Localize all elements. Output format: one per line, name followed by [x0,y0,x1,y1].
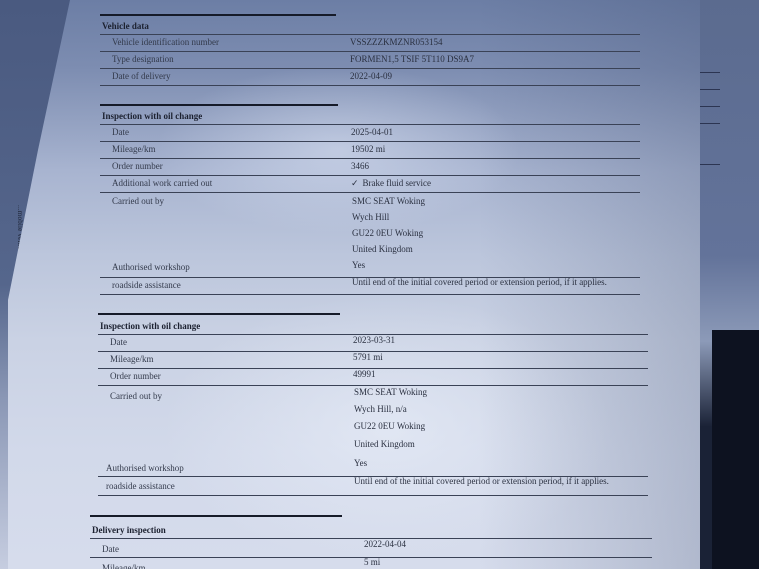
row-value: Yes [354,458,367,468]
row-value: Until end of the initial covered period … [354,476,609,486]
section-rule [100,104,338,106]
table-row: Carried out by SMC SEAT Woking Wych Hill… [98,387,648,459]
address-line: GU22 0EU Woking [352,228,423,238]
table-row: Date of delivery 2022-04-09 [100,69,640,86]
address-line: GU22 0EU Woking [354,421,425,431]
row-label: Date [110,337,127,347]
address-line: United Kingdom [352,244,413,254]
page-edge-tick [700,89,720,90]
row-label: roadside assistance [112,280,181,290]
row-value: 2025-04-01 [351,127,393,137]
dark-background [712,330,759,569]
section-inspection-2025: Inspection with oil change Date 2025-04-… [100,104,640,294]
row-value: 2022-04-09 [350,71,392,81]
table-row: Date 2025-04-01 [100,125,640,142]
table-row: Mileage/km 5 mi [90,558,652,569]
row-label: Order number [110,371,161,381]
address-line: SMC SEAT Woking [352,196,425,206]
table-row: Order number 3466 [100,159,640,176]
address-line: Wych Hill, n/a [354,404,407,414]
row-label: Vehicle identification number [112,37,219,47]
row-value: FORMEN1,5 TSIF 5T110 DS9A7 [350,54,474,64]
row-label: Carried out by [110,391,162,401]
row-value: 19502 mi [351,144,385,154]
row-value: ✓Brake fluid service [351,178,431,189]
address-line: SMC SEAT Woking [354,387,427,397]
table-row: roadside assistance Until end of the ini… [100,278,640,295]
table-row: Vehicle identification number VSSZZZKMZN… [100,35,640,52]
table-row: Date 2022-04-04 [90,539,652,558]
row-value-text: Brake fluid service [363,178,431,188]
row-label: Date of delivery [112,71,170,81]
row-value: 5 mi [364,557,380,567]
row-label: Authorised workshop [112,262,190,272]
row-label: Mileage/km [110,354,154,364]
section-title: Inspection with oil change [100,321,200,331]
row-label: Mileage/km [112,144,156,154]
table-row: Mileage/km 5791 mi [98,352,648,369]
row-value: Until end of the initial covered period … [352,277,607,287]
section-title: Vehicle data [102,21,149,31]
row-label: Date [112,127,129,137]
section-inspection-2023: Inspection with oil change Date 2023-03-… [98,313,648,498]
table-row: Authorised workshop Yes [98,458,648,477]
row-value: Yes [352,260,365,270]
table-row: Authorised workshop Yes [100,261,640,278]
section-rule [90,515,342,517]
row-label: Additional work carried out [112,178,212,188]
page-edge-tick [700,123,720,124]
row-value: 2023-03-31 [353,335,395,345]
section-rule [98,313,340,315]
section-title: Inspection with oil change [102,111,202,121]
section-rule [100,14,336,16]
page-edge-tick [700,106,720,107]
row-label: Date [102,544,119,554]
section-delivery-inspection: Delivery inspection Date 2022-04-04 Mile… [90,515,652,569]
table-row: Mileage/km 19502 mi [100,142,640,159]
row-value: VSSZZZKMZNR053154 [350,37,443,47]
table-row: Date 2023-03-31 [98,335,648,352]
table-row: Additional work carried out ✓Brake fluid… [100,176,640,193]
row-label: Type designation [112,54,174,64]
row-value: 3466 [351,161,369,171]
row-value: 49991 [353,369,376,379]
row-value: 2022-04-04 [364,539,406,549]
table-row: Type designation FORMEN1,5 TSIF 5T110 DS… [100,52,640,69]
row-label: Carried out by [112,196,164,206]
section-title: Delivery inspection [92,525,166,535]
row-label: Order number [112,161,163,171]
checkmark-icon: ✓ [351,179,359,189]
section-vehicle-data: Vehicle data Vehicle identification numb… [100,14,640,86]
table-row: roadside assistance Until end of the ini… [98,477,648,496]
page-edge-tick [700,164,720,165]
page-edge-tick [700,72,720,73]
address-line: United Kingdom [354,439,415,449]
row-label: Mileage/km [102,563,146,569]
row-value: 5791 mi [353,352,383,362]
document-page: Vehicle data Vehicle identification numb… [8,0,700,569]
address-line: Wych Hill [352,212,389,222]
row-label: Authorised workshop [106,463,184,473]
table-row: Carried out by SMC SEAT Woking Wych Hill… [100,194,640,264]
row-label: roadside assistance [106,481,175,491]
table-row: Order number 49991 [98,369,648,386]
